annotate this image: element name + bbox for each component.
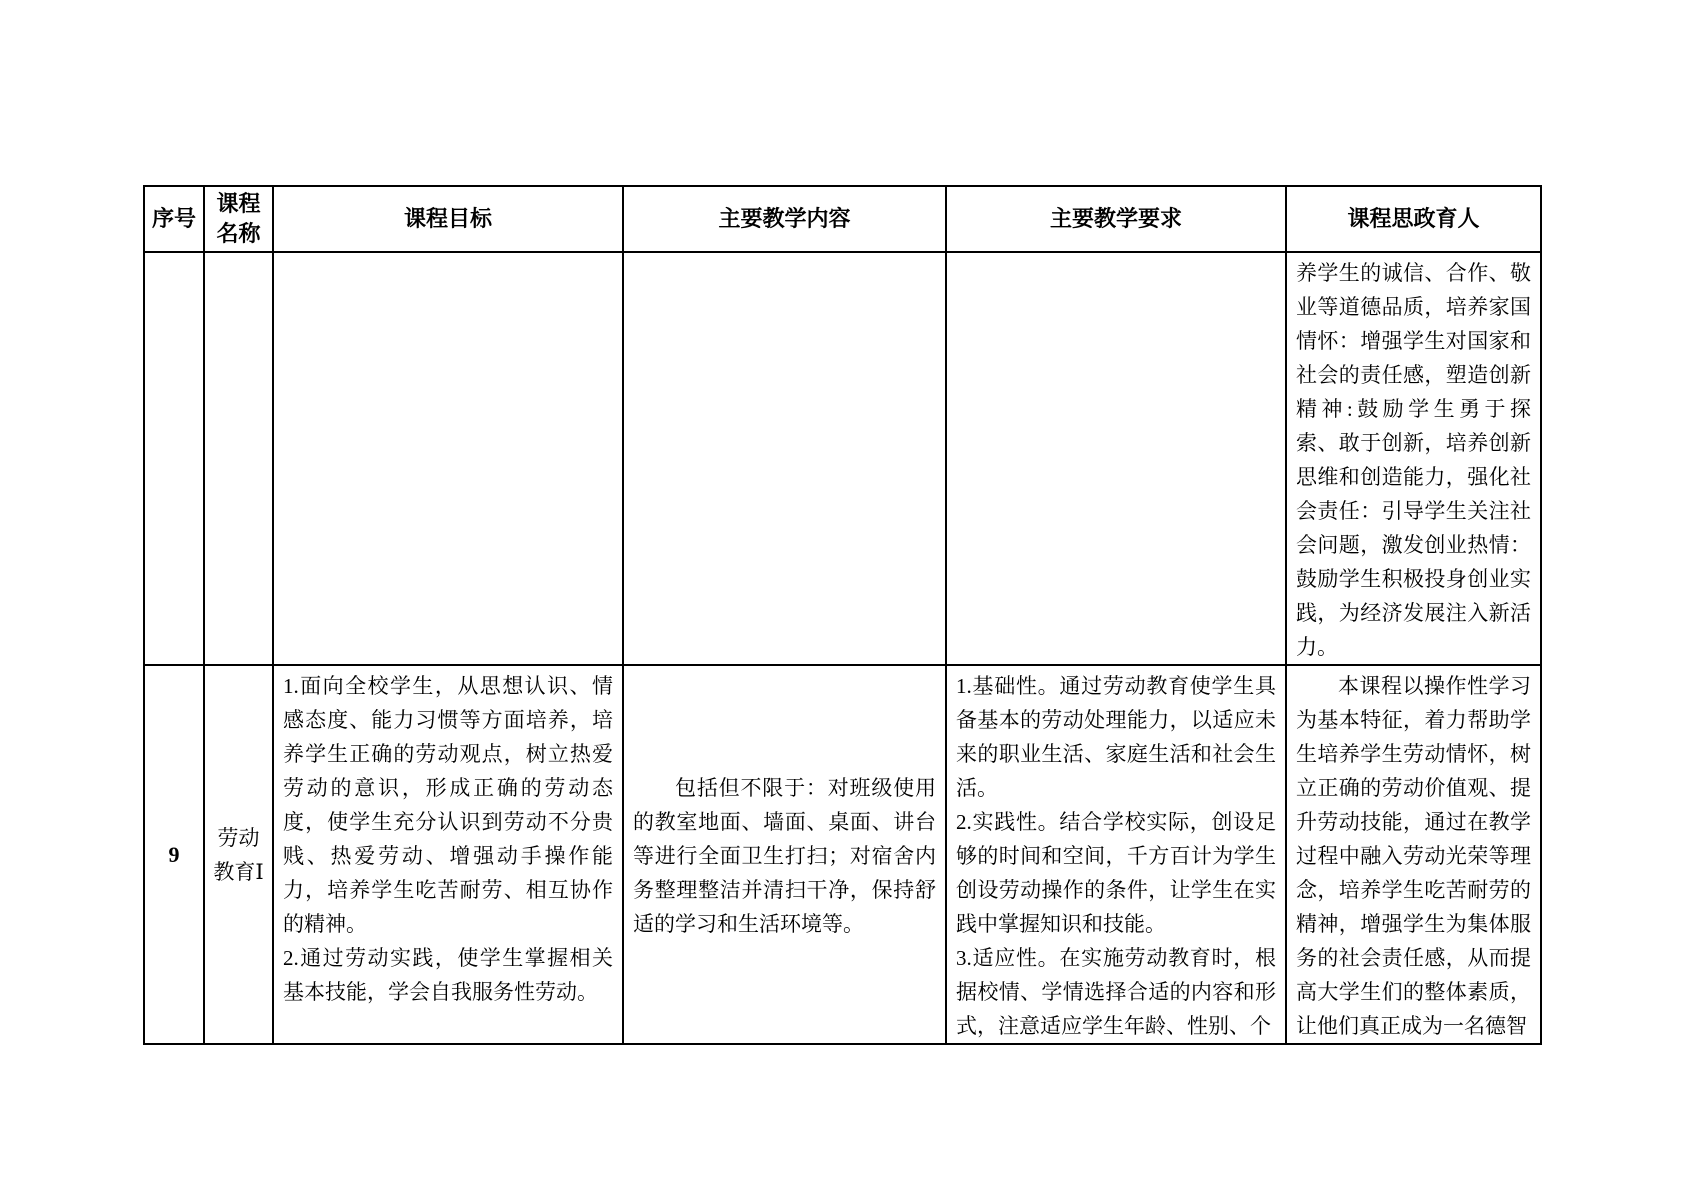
table-header-row: 序号 课程名称 课程目标 主要教学内容 主要教学要求 课程思政育人 [144, 186, 1541, 252]
table-row-continuation: 养学生的诚信、合作、敬业等道德品质，培养家国情怀：增强学生对国家和社会的责任感，… [144, 252, 1541, 665]
header-cell-teaching-content: 主要教学内容 [623, 186, 946, 252]
cell-objectives: 1.面向全校学生，从思想认识、情感态度、能力习惯等方面培养，培养学生正确的劳动观… [273, 665, 623, 1044]
header-cell-ideological-education: 课程思政育人 [1286, 186, 1541, 252]
cell-index-empty [144, 252, 204, 665]
document-page: 序号 课程名称 课程目标 主要教学内容 主要教学要求 课程思政育人 养学生的诚信… [0, 0, 1684, 1191]
ideological-education-paragraph: 本课程以操作性学习为基本特征，着力帮助学生培养学生劳动情怀，树立正确的劳动价值观… [1296, 669, 1531, 1043]
teaching-requirements-paragraph-2: 2.实践性。结合学校实际，创设足够的时间和空间，千方百计为学生创设劳动操作的条件… [956, 805, 1276, 941]
cell-index: 9 [144, 665, 204, 1044]
header-cell-objectives: 课程目标 [273, 186, 623, 252]
cell-course-name: 劳动教育Ⅰ [204, 665, 273, 1044]
header-cell-index: 序号 [144, 186, 204, 252]
cell-ideological-education-continued: 养学生的诚信、合作、敬业等道德品质，培养家国情怀：增强学生对国家和社会的责任感，… [1286, 252, 1541, 665]
cell-ideological-education: 本课程以操作性学习为基本特征，着力帮助学生培养学生劳动情怀，树立正确的劳动价值观… [1286, 665, 1541, 1044]
table-row-9: 9 劳动教育Ⅰ 1.面向全校学生，从思想认识、情感态度、能力习惯等方面培养，培养… [144, 665, 1541, 1044]
ideological-education-paragraph: 养学生的诚信、合作、敬业等道德品质，培养家国情怀：增强学生对国家和社会的责任感，… [1296, 256, 1531, 664]
objectives-paragraph-1: 1.面向全校学生，从思想认识、情感态度、能力习惯等方面培养，培养学生正确的劳动观… [283, 669, 613, 941]
cell-teaching-requirements: 1.基础性。通过劳动教育使学生具备基本的劳动处理能力，以适应未来的职业生活、家庭… [946, 665, 1286, 1044]
teaching-requirements-paragraph-3: 3.适应性。在实施劳动教育时，根据校情、学情选择合适的内容和形式，注意适应学生年… [956, 941, 1276, 1043]
cell-course-name-empty [204, 252, 273, 665]
teaching-content-paragraph: 包括但不限于：对班级使用的教室地面、墙面、桌面、讲台等进行全面卫生打扫；对宿舍内… [633, 771, 936, 941]
cell-teaching-requirements-empty [946, 252, 1286, 665]
course-syllabus-table: 序号 课程名称 课程目标 主要教学内容 主要教学要求 课程思政育人 养学生的诚信… [143, 185, 1542, 1045]
header-cell-teaching-requirements: 主要教学要求 [946, 186, 1286, 252]
objectives-paragraph-2: 2.通过劳动实践，使学生掌握相关基本技能，学会自我服务性劳动。 [283, 941, 613, 1009]
cell-teaching-content: 包括但不限于：对班级使用的教室地面、墙面、桌面、讲台等进行全面卫生打扫；对宿舍内… [623, 665, 946, 1044]
header-cell-course-name: 课程名称 [204, 186, 273, 252]
cell-objectives-empty [273, 252, 623, 665]
cell-teaching-content-empty [623, 252, 946, 665]
teaching-requirements-paragraph-1: 1.基础性。通过劳动教育使学生具备基本的劳动处理能力，以适应未来的职业生活、家庭… [956, 669, 1276, 805]
